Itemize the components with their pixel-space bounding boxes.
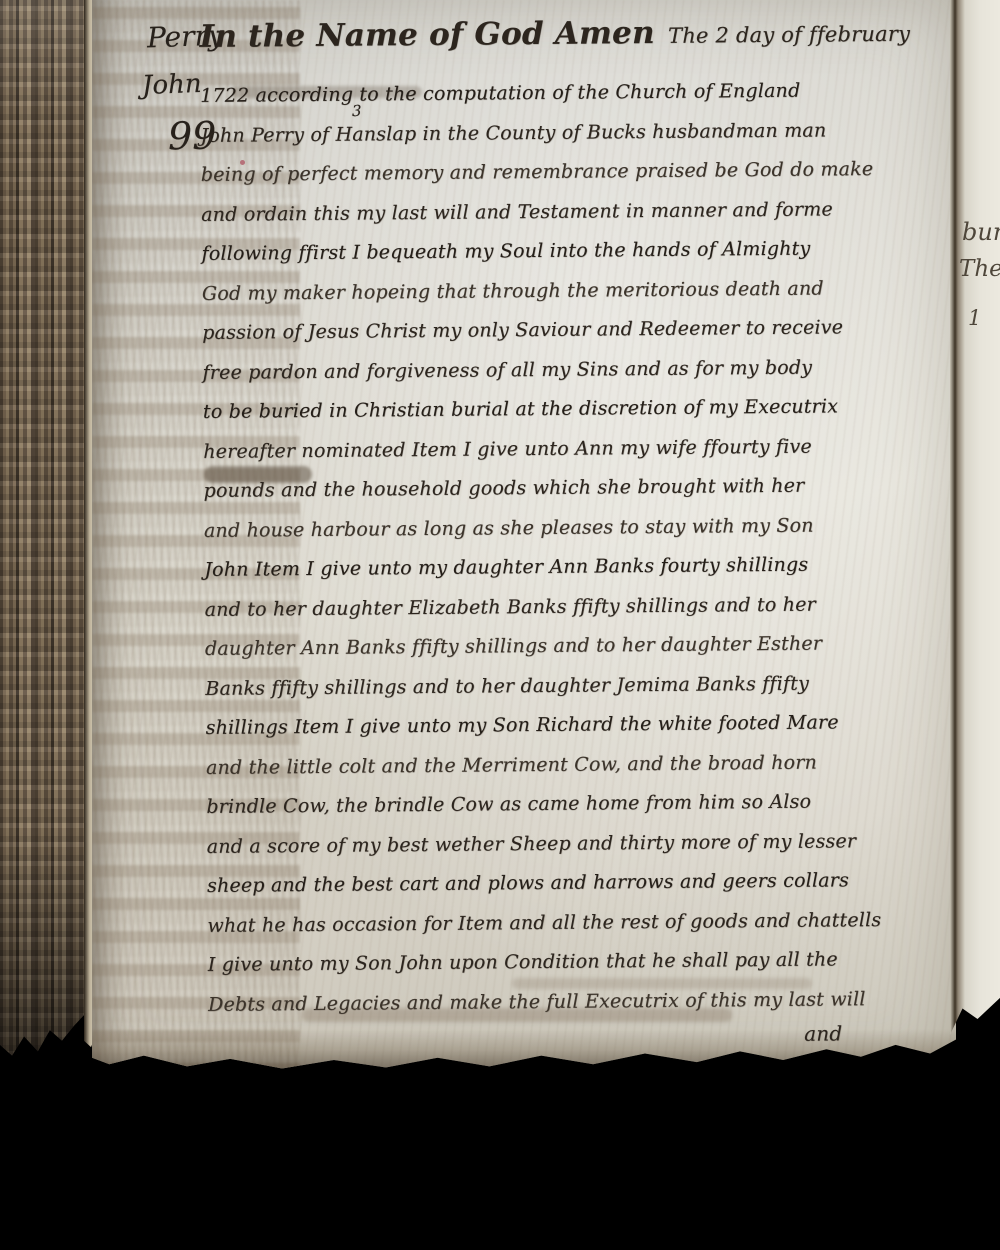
will-heading-date: The 2 day of ffebruary: [668, 22, 910, 48]
will-heading-invocation: In the Name of God Amen: [200, 15, 655, 55]
manuscript-line: I give unto my Son John upon Condition t…: [208, 940, 876, 985]
book-spine: [0, 0, 86, 1064]
manuscript-line: and a score of my best wether Sheep and …: [207, 822, 875, 867]
facing-page-text-fragment: The: [959, 256, 1000, 282]
manuscript-line: and ordain this my last will and Testame…: [201, 190, 869, 235]
manuscript-line: God my maker hopeing that through the me…: [202, 269, 870, 314]
manuscript-line: and to her daughter Elizabeth Banks ffif…: [204, 585, 872, 630]
manuscript-line: being of perfect memory and remembrance …: [201, 150, 869, 195]
manuscript-line: pounds and the household goods which she…: [203, 466, 871, 511]
manuscript-line: and house harbour as long as she pleases…: [204, 506, 872, 551]
manuscript-line: free pardon and forgiveness of all my Si…: [202, 348, 870, 393]
manuscript-line: 1722 according to the computation of the…: [200, 71, 868, 116]
manuscript-line: and the little colt and the Merriment Co…: [206, 743, 874, 788]
manuscript-line: sheep and the best cart and plows and ha…: [207, 861, 875, 906]
manuscript-line: passion of Jesus Christ my only Saviour …: [202, 308, 870, 353]
manuscript-line: hereafter nominated Item I give unto Ann…: [203, 427, 871, 472]
manuscript-line: what he has occasion for Item and all th…: [207, 901, 875, 946]
manuscript-line: Debts and Legacies and make the full Exe…: [208, 980, 876, 1025]
manuscript-line: John Item I give unto my daughter Ann Ba…: [204, 545, 872, 590]
manuscript-line: Banks ffifty shillings and to her daught…: [205, 664, 873, 709]
will-heading: In the Name of God Amen The 2 day of ffe…: [200, 13, 868, 77]
margin-forename: John: [141, 69, 202, 101]
facing-page-text-fragment: 1: [968, 306, 981, 330]
facing-page-text-fragment: bur: [962, 218, 1000, 246]
facing-page-edge: bur The 1: [950, 0, 1000, 1056]
manuscript-line: daughter Ann Banks ffifty shillings and …: [205, 624, 873, 669]
manuscript-line: shillings Item I give unto my Son Richar…: [206, 703, 874, 748]
manuscript-line: brindle Cow, the brindle Cow as came hom…: [206, 782, 874, 827]
will-text-lines: 1722 according to the computation of the…: [200, 71, 876, 1025]
manuscript-line: to be buried in Christian burial at the …: [203, 387, 871, 432]
manuscript-line: John Perry of Hanslap in the County of B…: [200, 111, 868, 156]
manuscript-photo: bur The 1 Perry John 99 3 In the Name of…: [0, 0, 1000, 1250]
manuscript-line: following ffirst I bequeath my Soul into…: [201, 229, 869, 274]
will-text: In the Name of God Amen The 2 day of ffe…: [200, 13, 877, 1051]
